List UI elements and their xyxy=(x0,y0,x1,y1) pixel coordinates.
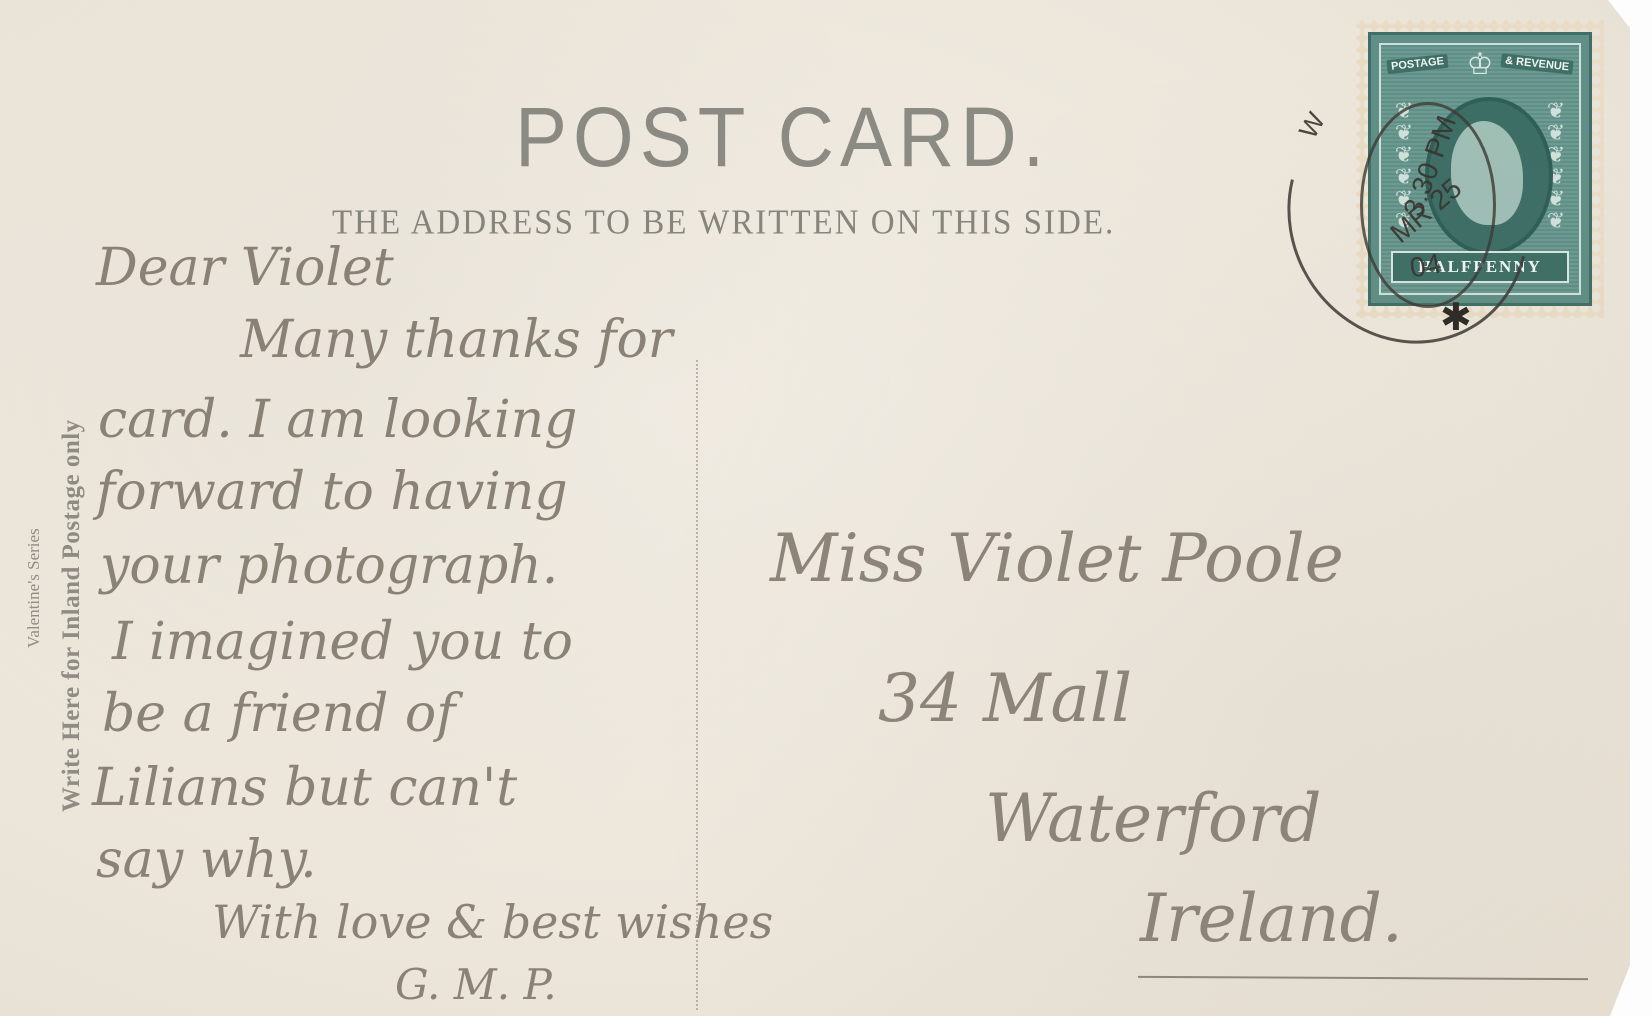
stamp-postage-label: POSTAGE xyxy=(1386,54,1448,74)
publisher-label: Valentine's Series xyxy=(24,528,44,648)
postmark-year: 04 xyxy=(1407,248,1443,285)
postmark-star-icon: ✱ xyxy=(1440,295,1472,340)
postmark: W 3.30 PM MR 25 04 ✱ xyxy=(1290,90,1520,340)
postcard-heading: POST CARD. xyxy=(515,88,1050,186)
address-line-country: Ireland. xyxy=(1140,880,1403,957)
message-line: Lilians but can't xyxy=(92,758,517,818)
message-line: your photograph. xyxy=(100,536,558,596)
inland-postage-label: Write Here for Inland Postage only xyxy=(58,419,86,812)
message-line: card. I am looking xyxy=(98,390,577,450)
message-line: be a friend of xyxy=(102,684,456,744)
message-line: Many thanks for xyxy=(240,310,673,370)
address-underline xyxy=(1138,976,1588,980)
message-signature: G. M. P. xyxy=(395,960,557,1009)
stamp-revenue-label: & REVENUE xyxy=(1500,53,1573,74)
address-line-name: Miss Violet Poole xyxy=(770,520,1344,597)
message-line: Dear Violet xyxy=(96,238,394,298)
message-line: I imagined you to xyxy=(112,612,573,672)
postcard-back: POST CARD. THE ADDRESS TO BE WRITTEN ON … xyxy=(0,0,1630,1016)
message-line: forward to having xyxy=(96,462,568,522)
address-line-street: 34 Mall xyxy=(878,660,1132,737)
address-instruction: THE ADDRESS TO BE WRITTEN ON THIS SIDE. xyxy=(332,204,1115,243)
crown-icon: ♔ xyxy=(1467,47,1494,82)
message-line: say why. xyxy=(96,830,317,890)
address-line-city: Waterford xyxy=(985,780,1322,857)
message-closing: With love & best wishes xyxy=(212,895,773,949)
